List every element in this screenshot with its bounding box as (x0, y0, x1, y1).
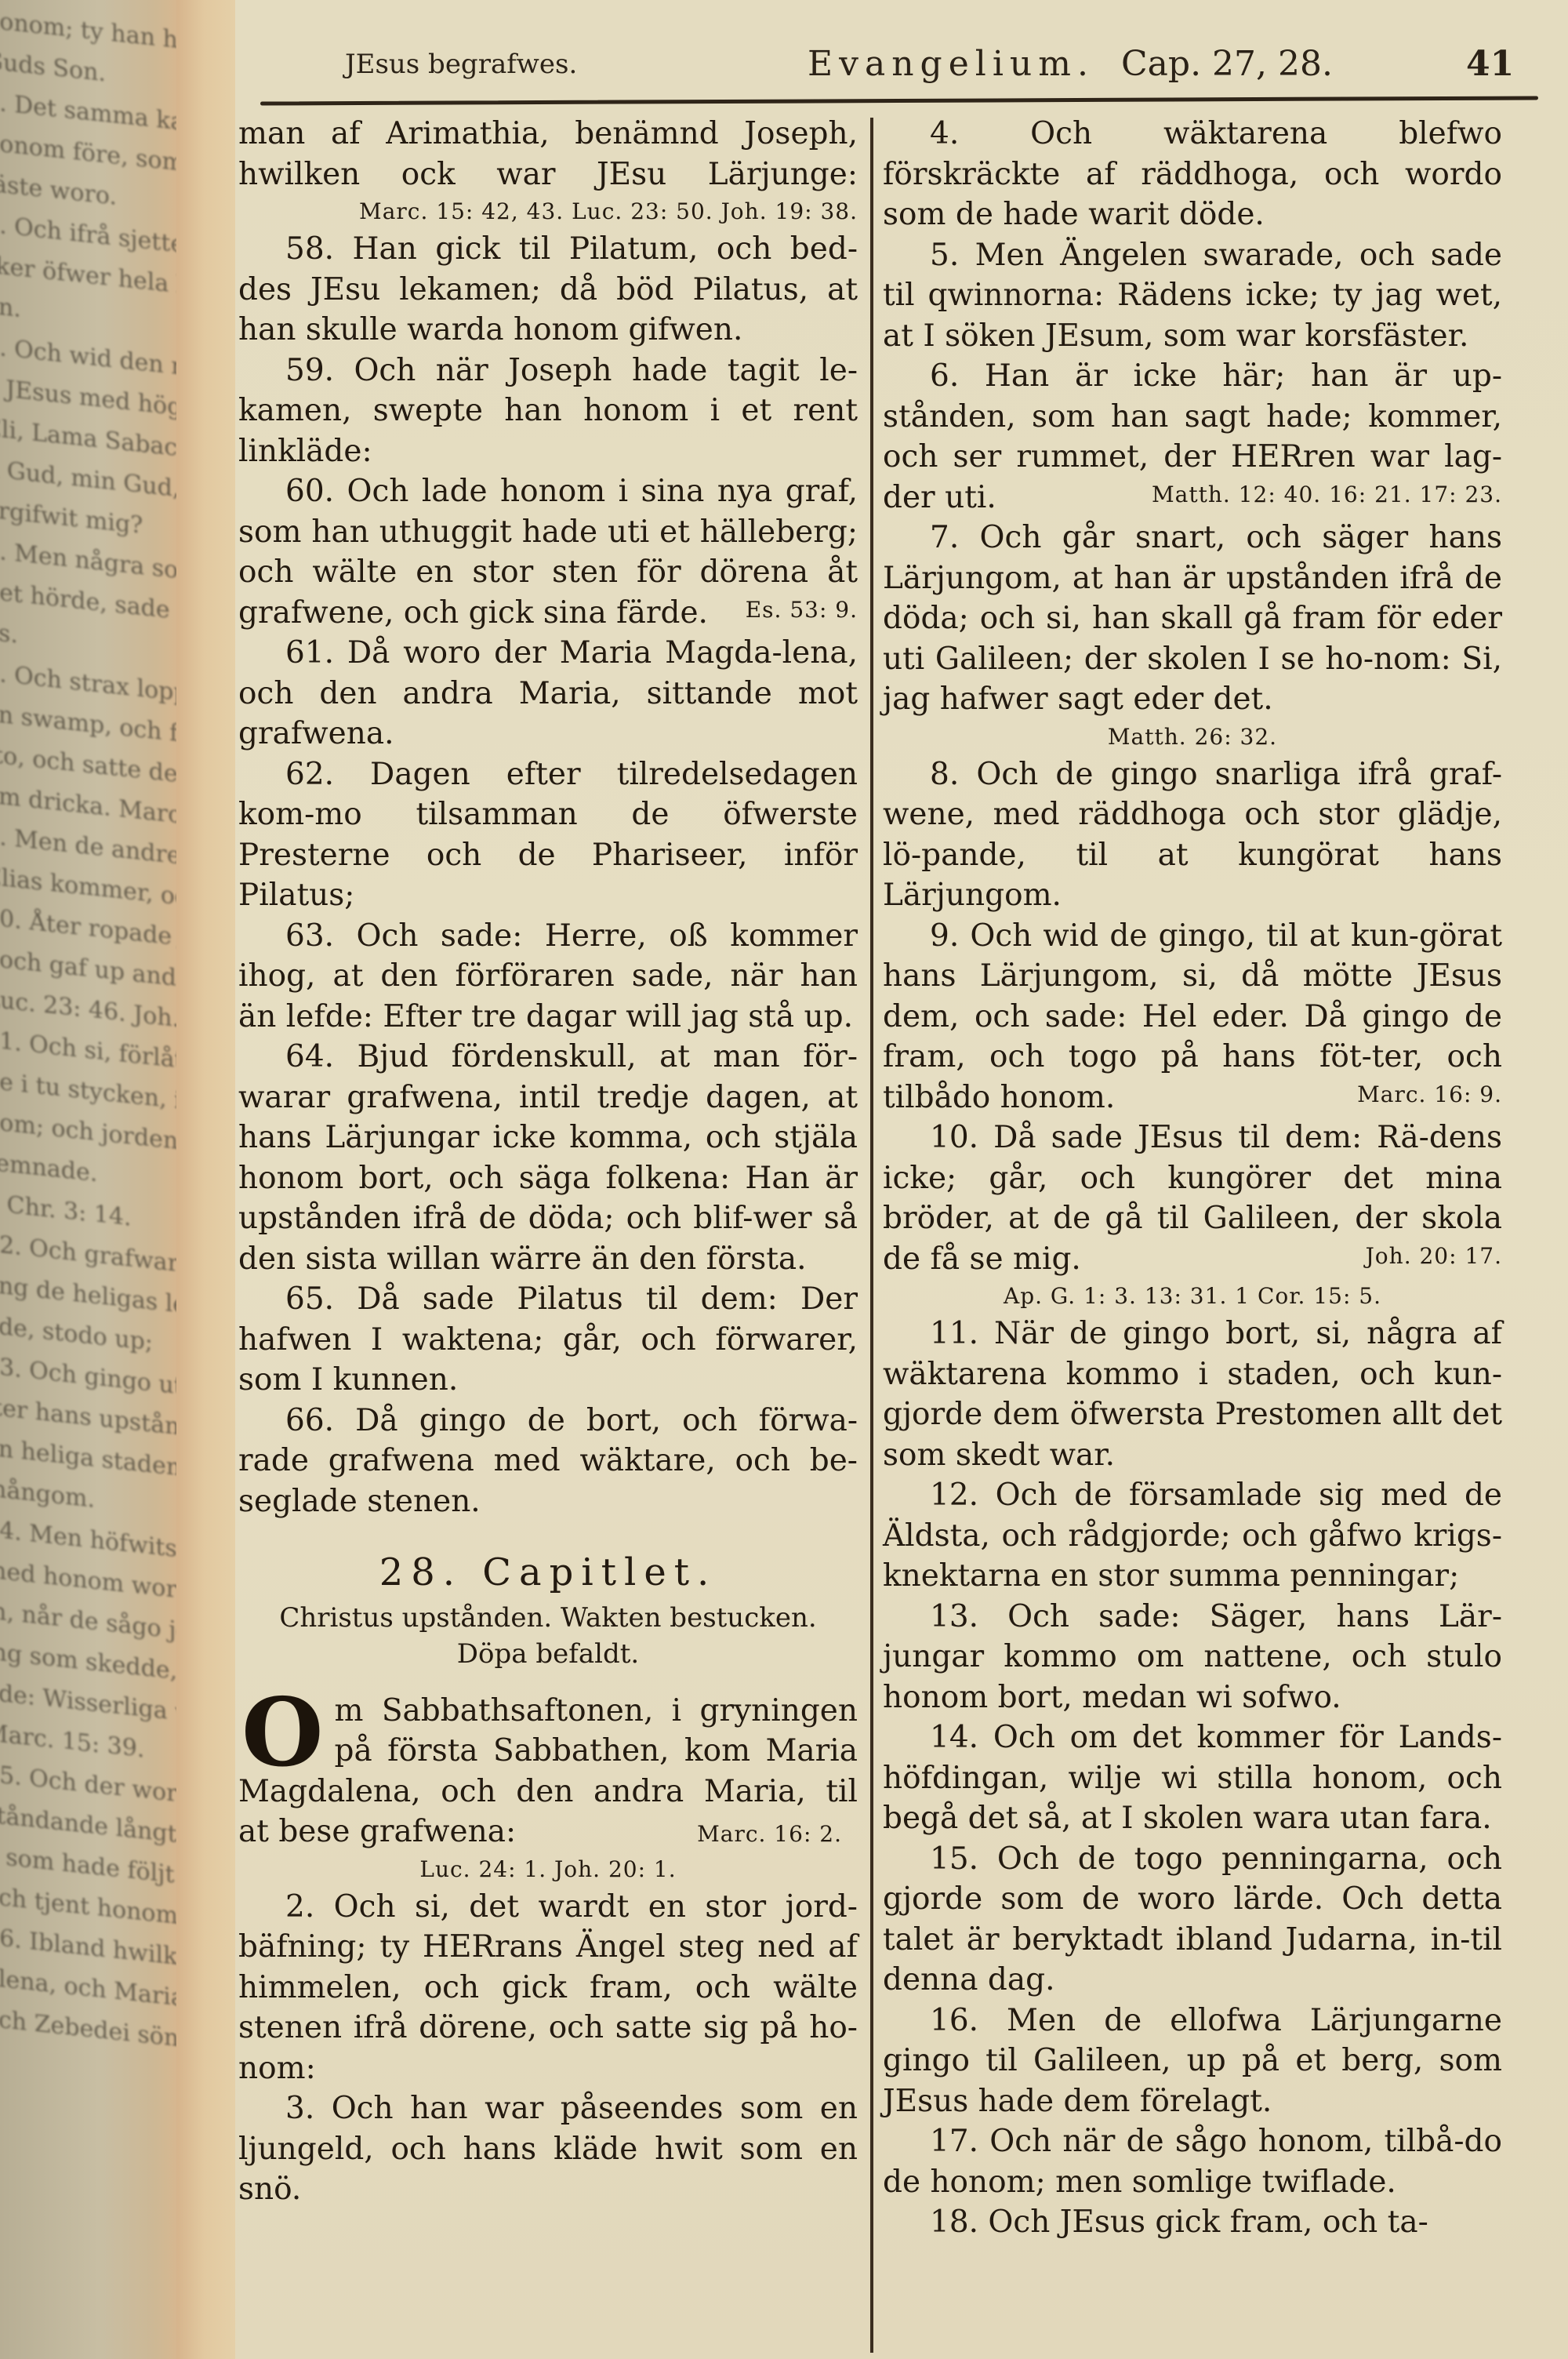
verse-number: 12. (883, 1478, 996, 1513)
verse-3: 3. Och han war påseendes som en ljungeld… (238, 2088, 858, 2210)
verse-number: 6. (883, 358, 985, 394)
verse-number: 59. (238, 353, 354, 388)
cross-reference: Marc. 16: 2. (697, 1817, 858, 1852)
verse-number: 13. (883, 1599, 1007, 1634)
running-head: JEsus begrafwes. Evangelium. Cap. 27, 28… (235, 0, 1568, 94)
verse-number: 17. (883, 2124, 989, 2159)
verse-14: 14. Och om det kommer för Lands-höfdinga… (883, 1717, 1502, 1839)
previous-page-curl: honom; ty han hafwerGuds Son.4. Det samm… (0, 0, 180, 2359)
chapter-title: 28. Capitlet. (238, 1553, 858, 1594)
verse-1: O m Sabbathsaftonen, i gryningen på förs… (238, 1691, 858, 1887)
verse-62: 62. Dagen efter tilredelsedagen kom-mo t… (238, 754, 858, 916)
verse-1-line-1: m Sabbathsaftonen, i gryningen (238, 1691, 858, 1732)
cross-reference: Marc. 16: 9. (1357, 1078, 1502, 1112)
verse-text: Men Ängelen swarade, och sade til qwinno… (883, 238, 1502, 354)
cross-reference: Luc. 24: 1. Joh. 20: 1. (238, 1852, 858, 1887)
chapter-summary-line-1: Christus upstånden. Wakten bestucken. (238, 1600, 858, 1636)
cross-reference: Ap. G. 1: 3. 13: 31. 1 Cor. 15: 5. (883, 1279, 1502, 1314)
verse-58: 58. Han gick til Pilatum, och bed-des JE… (238, 229, 858, 351)
cross-reference: Marc. 15: 42, 43. Luc. 23: 50. Joh. 19: … (238, 194, 858, 229)
verse-number: 62. (238, 757, 370, 792)
verse-text: Och si, det wardt en stor jord-bäfning; … (238, 1889, 858, 2086)
page-number: 41 (1466, 44, 1514, 84)
verse-11: 11. När de gingo bort, si, några af wäkt… (883, 1314, 1502, 1475)
text-line: man af Arimathia, benämnd Joseph, (238, 114, 858, 154)
verse-number: 61. (238, 635, 347, 671)
verse-17: 17. Och när de sågo honom, tilbå-do de h… (883, 2121, 1502, 2202)
verse-64: 64. Bjud fördenskull, at man för-warar g… (238, 1037, 858, 1279)
verse-text: Och han war påseendes som en ljungeld, o… (238, 2091, 858, 2207)
chapter-28-verses: 4. Och wäktarena blefwo förskräckte af r… (883, 114, 1502, 2243)
verse-12: 12. Och de församlade sig med de Äldsta,… (883, 1475, 1502, 1597)
verse-61: 61. Då woro der Maria Magda-lena, och de… (238, 633, 858, 754)
book-page: JEsus begrafwes. Evangelium. Cap. 27, 28… (235, 0, 1568, 2359)
previous-page-text: honom; ty han hafwerGuds Son.4. Det samm… (0, 0, 180, 2060)
verse-60: 60. Och lade honom i sina nya graf, som … (238, 471, 858, 633)
verse-18: 18. Och JEsus gick fram, och ta- (883, 2202, 1502, 2243)
verse-number: 15. (883, 1841, 997, 1877)
verse-10: 10. Då sade JEsus til dem: Rä-dens icke;… (883, 1118, 1502, 1279)
text-line: hwilken ock war JEsu Lärjunge: (238, 154, 858, 195)
verse-number: 10. (883, 1120, 993, 1155)
running-head-book: Evangelium. (808, 44, 1094, 84)
verse-1-text-end: at bese grafwena: (238, 1812, 516, 1852)
chapter-summary-line-2: Döpa befaldt. (238, 1636, 858, 1672)
verse-1-line-4: at bese grafwena: Marc. 16: 2. (238, 1812, 858, 1852)
verse-number: 9. (883, 918, 970, 954)
verse-5: 5. Men Ängelen swarade, och sade til qwi… (883, 235, 1502, 357)
cross-reference: Es. 53: 9. (746, 593, 858, 627)
verse-66: 66. Då gingo de bort, och förwa-rade gra… (238, 1401, 858, 1522)
verse-number: 65. (238, 1281, 357, 1317)
verse-7: 7. Och går snart, och säger hans Lärjung… (883, 518, 1502, 720)
cross-reference: Joh. 20: 17. (1366, 1239, 1502, 1274)
verse-63: 63. Och sade: Herre, oß kommer ihog, at … (238, 916, 858, 1038)
verse-number: 3. (238, 2091, 314, 2126)
verse-number: 4. (883, 116, 1030, 151)
verse-9: 9. Och wid de gingo, til at kun-görat ha… (883, 916, 1502, 1118)
verse-15: 15. Och de togo penningarna, och gjorde … (883, 1839, 1502, 2001)
verse-2: 2. Och si, det wardt en stor jord-bäfnin… (238, 1887, 858, 2089)
verse-number: 11. (883, 1316, 994, 1351)
cross-reference: Matth. 26: 32. (883, 720, 1502, 754)
verse-4: 4. Och wäktarena blefwo förskräckte af r… (883, 114, 1502, 235)
verse-number: 60. (238, 474, 347, 509)
running-head-topic: JEsus begrafwes. (345, 49, 577, 80)
verse-number: 7. (883, 520, 980, 555)
verse-text: Bjud fördenskull, at man för-warar grafw… (238, 1039, 858, 1277)
verse-number: 16. (883, 2003, 1007, 2038)
verse-1-line-2: på första Sabbathen, kom Maria (238, 1731, 858, 1772)
chapter-27-verses: man af Arimathia, benämnd Joseph,hwilken… (238, 114, 858, 1521)
right-column: 4. Och wäktarena blefwo förskräckte af r… (883, 114, 1502, 2243)
verse-number: 64. (238, 1039, 357, 1074)
verse-number: 63. (238, 918, 357, 954)
verse-65: 65. Då sade Pilatus til dem: Der hafwen … (238, 1279, 858, 1401)
verse-16: 16. Men de ellofwa Lärjungarne gingo til… (883, 2001, 1502, 2122)
cross-reference: Matth. 12: 40. 16: 21. 17: 23. (1152, 478, 1502, 512)
verse-13: 13. Och sade: Säger, hans Lär-jungar kom… (883, 1597, 1502, 1718)
verse-number: 14. (883, 1720, 993, 1755)
verse-number: 18. (883, 2205, 988, 2240)
drop-cap: O (241, 1696, 324, 1771)
verse-number: 8. (883, 757, 976, 792)
verse-number: 66. (238, 1403, 355, 1438)
verse-8: 8. Och de gingo snarliga ifrå graf-wene,… (883, 754, 1502, 916)
header-rule (260, 96, 1538, 105)
verse-text: Och JEsus gick fram, och ta- (988, 2205, 1428, 2240)
column-divider (870, 118, 873, 2353)
verse-59: 59. Och när Joseph hade tagit le-kamen, … (238, 351, 858, 472)
running-head-chapter: Cap. 27, 28. (1121, 44, 1333, 84)
verse-number: 2. (238, 1889, 314, 1925)
verse-6: 6. Han är icke här; han är up-stånden, s… (883, 356, 1502, 518)
chapter-summary: Christus upstånden. Wakten bestucken. Dö… (238, 1600, 858, 1672)
verse-1-line-3: Magdalena, och den andra Maria, til (238, 1772, 858, 1812)
left-column: man af Arimathia, benämnd Joseph,hwilken… (238, 114, 858, 2210)
verse-text: Och de gingo snarliga ifrå graf-wene, me… (883, 757, 1502, 914)
verse-number: 58. (238, 231, 353, 267)
verse-number: 5. (883, 238, 975, 273)
